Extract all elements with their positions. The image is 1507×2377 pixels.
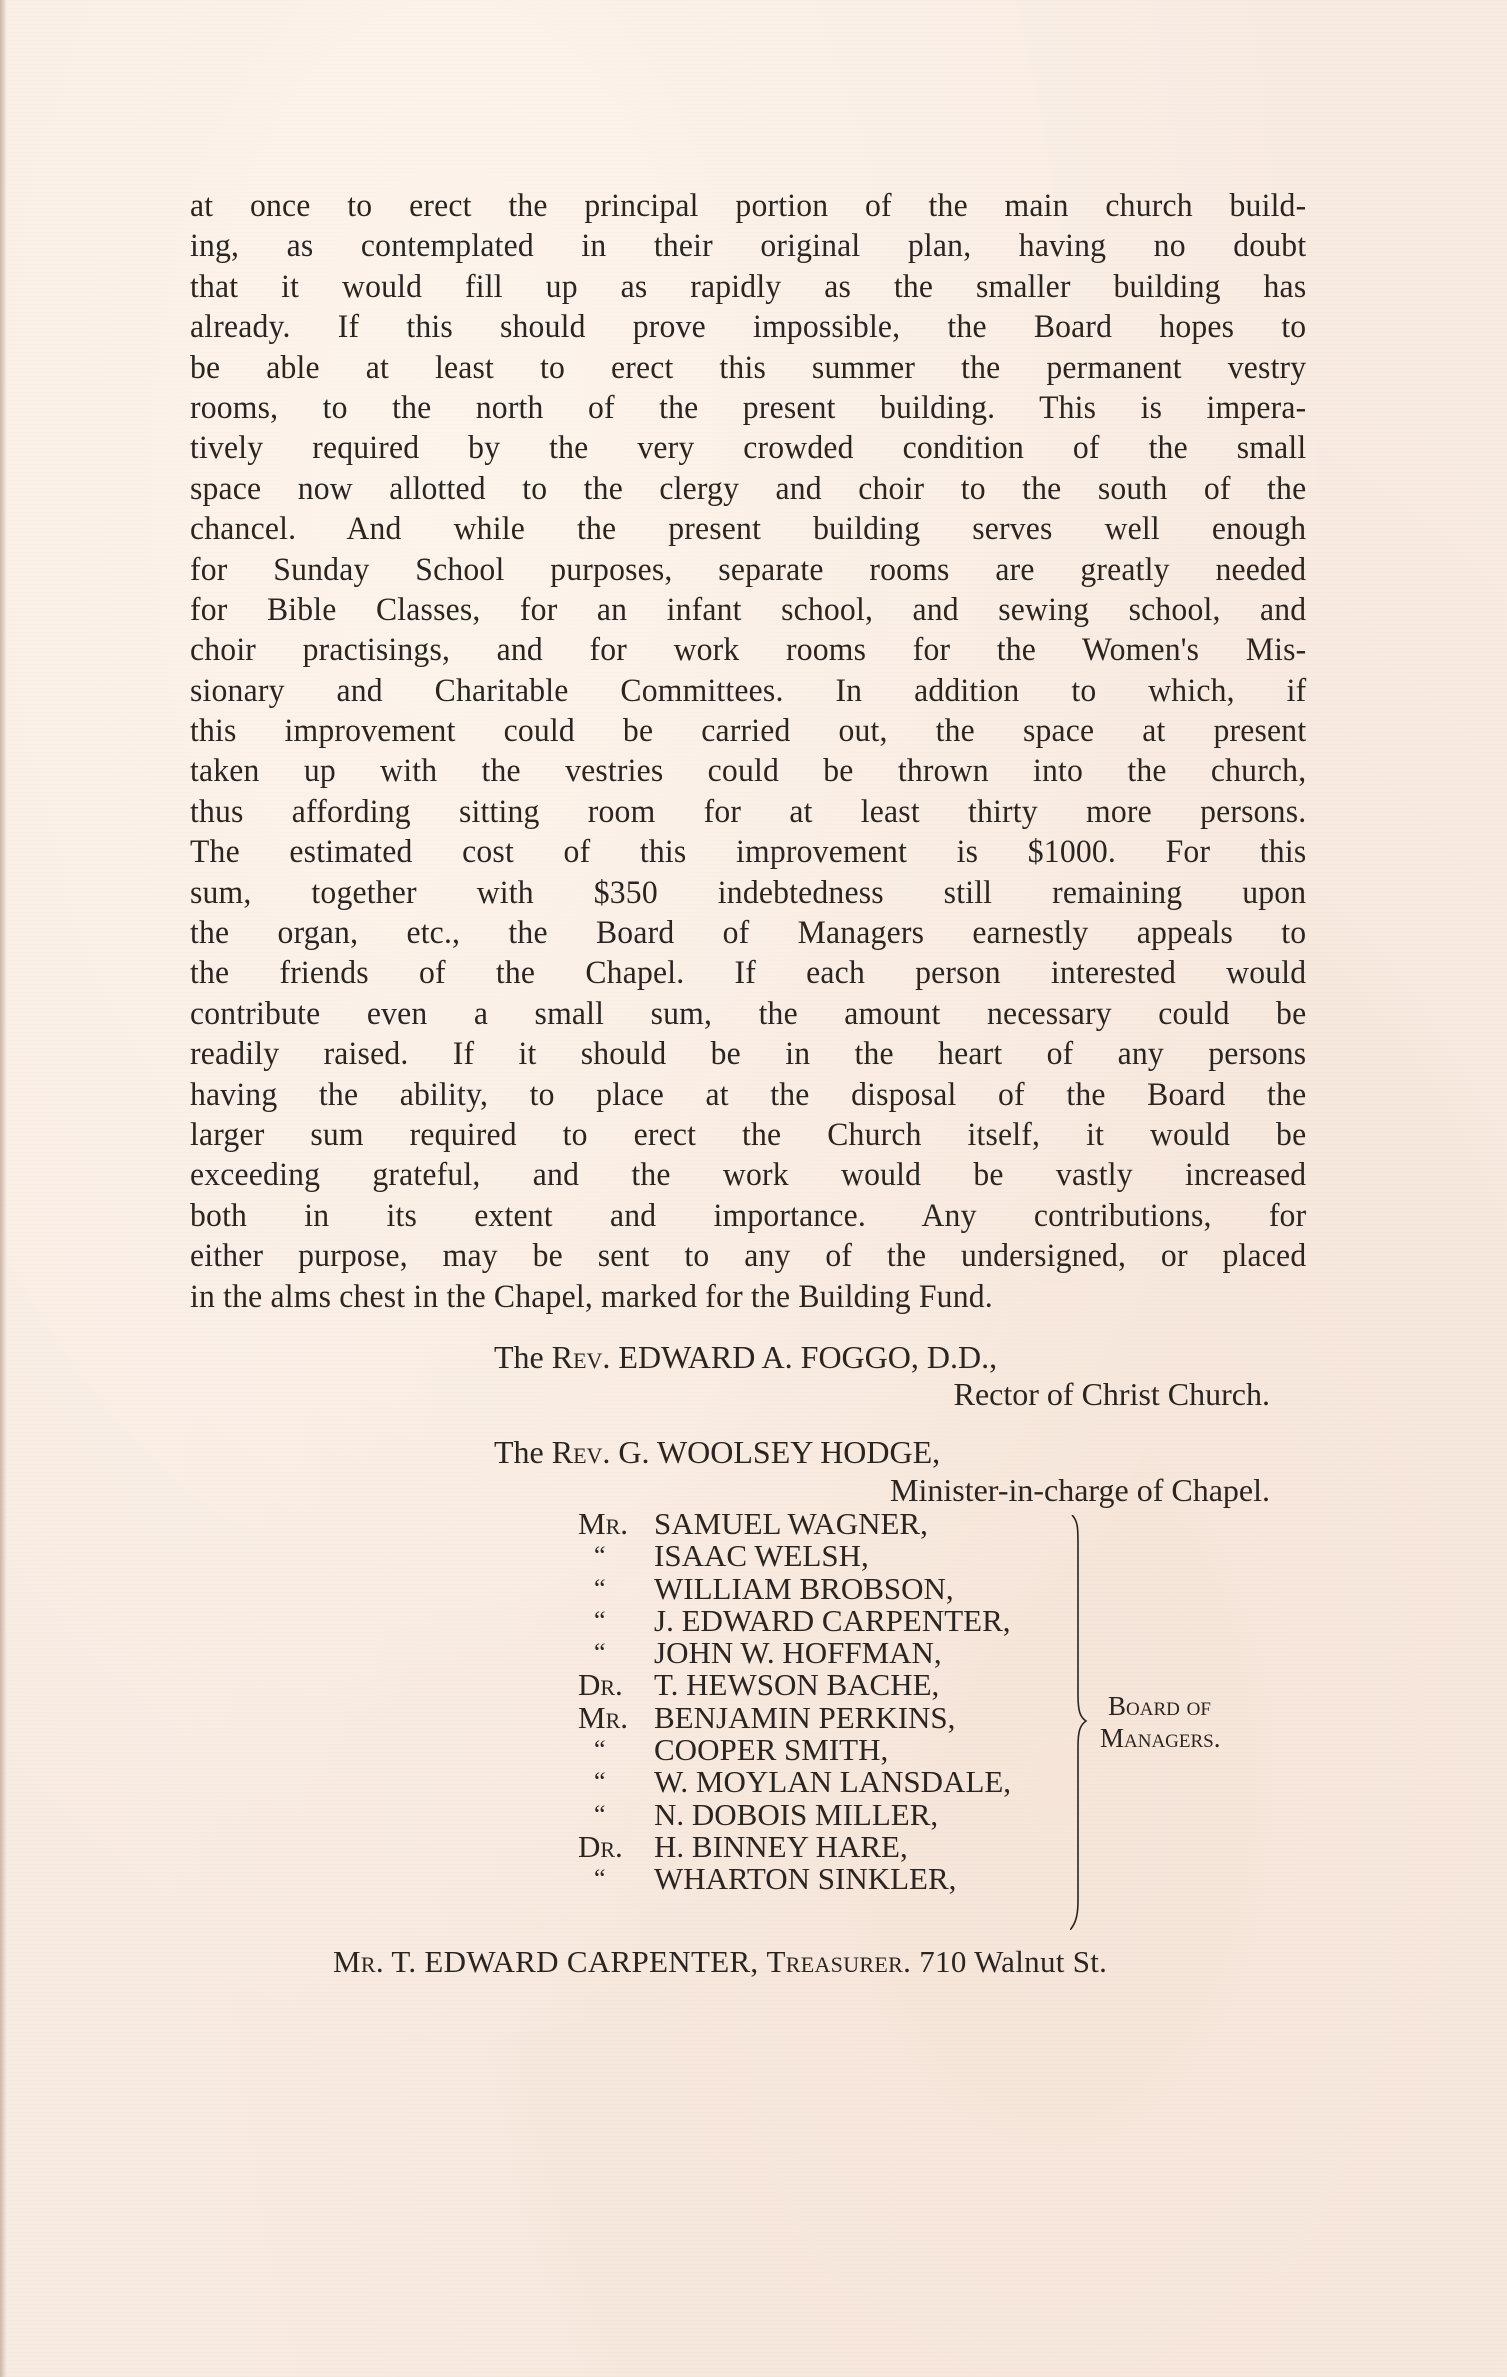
paragraph-line: be able at least to erect this summer th… bbox=[190, 348, 1306, 388]
ditto-mark: “ bbox=[578, 1799, 654, 1831]
signatory-honorific: Rev. bbox=[552, 1339, 611, 1375]
manager-name: WILLIAM BROBSON, bbox=[654, 1573, 954, 1605]
paragraph-line: sum, together with $350 indebtedness sti… bbox=[190, 873, 1306, 913]
manager-name: JOHN W. HOFFMAN, bbox=[654, 1637, 942, 1669]
paragraph-line: contribute even a small sum, the amount … bbox=[190, 994, 1306, 1034]
paragraph-line: in the alms chest in the Chapel, marked … bbox=[190, 1277, 1306, 1317]
paragraph-line: having the ability, to place at the disp… bbox=[190, 1075, 1306, 1115]
paragraph-line: for Bible Classes, for an infant school,… bbox=[190, 590, 1306, 630]
ditto-mark: “ bbox=[578, 1605, 654, 1637]
paragraph-line: rooms, to the north of the present build… bbox=[190, 388, 1306, 428]
manager-row: “J. EDWARD CARPENTER, bbox=[578, 1605, 1011, 1637]
paragraph-line: taken up with the vestries could be thro… bbox=[190, 751, 1306, 791]
board-of-managers-label: Board of Managers. bbox=[1100, 1690, 1221, 1754]
manager-row: Mr.BENJAMIN PERKINS, bbox=[578, 1702, 1011, 1734]
board-of-managers-list: Mr.SAMUEL WAGNER, “ISAAC WELSH, “WILLIAM… bbox=[578, 1508, 1011, 1896]
board-label-line1: Board of bbox=[1100, 1690, 1221, 1722]
manager-row: Mr.SAMUEL WAGNER, bbox=[578, 1508, 1011, 1540]
manager-row: Dr.H. BINNEY HARE, bbox=[578, 1831, 1011, 1863]
manager-row: “N. DOBOIS MILLER, bbox=[578, 1799, 1011, 1831]
paragraph-line: space now allotted to the clergy and cho… bbox=[190, 469, 1306, 509]
manager-prefix: Dr. bbox=[578, 1669, 654, 1701]
ditto-mark: “ bbox=[578, 1766, 654, 1798]
board-label-line2: Managers. bbox=[1100, 1722, 1221, 1754]
paragraph-line: exceeding grateful, and the work would b… bbox=[190, 1155, 1306, 1195]
paragraph-line: thus affording sitting room for at least… bbox=[190, 792, 1306, 832]
manager-name: BENJAMIN PERKINS, bbox=[654, 1702, 955, 1734]
curly-brace-icon bbox=[1070, 1515, 1096, 1930]
paragraph-line: tively required by the very crowded cond… bbox=[190, 428, 1306, 468]
manager-prefix: Mr. bbox=[578, 1702, 654, 1734]
paragraph-line: larger sum required to erect the Church … bbox=[190, 1115, 1306, 1155]
signatory-rector: The Rev. EDWARD A. FOGGO, D.D., bbox=[494, 1338, 997, 1376]
manager-name: N. DOBOIS MILLER, bbox=[654, 1799, 938, 1831]
paragraph-line: that it would fill up as rapidly as the … bbox=[190, 267, 1306, 307]
paragraph-line: this improvement could be carried out, t… bbox=[190, 711, 1306, 751]
manager-row: “COOPER SMITH, bbox=[578, 1734, 1011, 1766]
paragraph-line: already. If this should prove impossible… bbox=[190, 307, 1306, 347]
paragraph-line: for Sunday School purposes, separate roo… bbox=[190, 550, 1306, 590]
treasurer-role: Treasurer. bbox=[767, 1944, 912, 1979]
manager-row: Dr.T. HEWSON BACHE, bbox=[578, 1669, 1011, 1701]
signatory-prefix: The bbox=[494, 1434, 544, 1470]
signatory-name: EDWARD A. FOGGO, D.D., bbox=[618, 1339, 997, 1375]
signatory-minister: The Rev. G. WOOLSEY HODGE, bbox=[494, 1433, 940, 1471]
treasurer-line: Mr. T. EDWARD CARPENTER, Treasurer. 710 … bbox=[333, 1944, 1107, 1980]
ditto-mark: “ bbox=[578, 1637, 654, 1669]
signatory-minister-title: Minister-in-charge of Chapel. bbox=[890, 1472, 1270, 1509]
paragraph-line: sionary and Charitable Committees. In ad… bbox=[190, 671, 1306, 711]
ditto-mark: “ bbox=[578, 1573, 654, 1605]
signatory-name: G. WOOLSEY HODGE, bbox=[618, 1434, 940, 1470]
ditto-mark: “ bbox=[578, 1863, 654, 1895]
manager-name: H. BINNEY HARE, bbox=[654, 1831, 908, 1863]
paragraph-line: the organ, etc., the Board of Managers e… bbox=[190, 913, 1306, 953]
signatory-rector-title: Rector of Christ Church. bbox=[954, 1376, 1270, 1413]
paragraph-line: either purpose, may be sent to any of th… bbox=[190, 1236, 1306, 1276]
manager-row: “WILLIAM BROBSON, bbox=[578, 1573, 1011, 1605]
paragraph-line: the friends of the Chapel. If each perso… bbox=[190, 953, 1306, 993]
ditto-mark: “ bbox=[578, 1540, 654, 1572]
manager-name: T. HEWSON BACHE, bbox=[654, 1669, 939, 1701]
manager-name: WHARTON SINKLER, bbox=[654, 1863, 956, 1895]
treasurer-prefix: Mr. bbox=[333, 1944, 384, 1979]
manager-row: “JOHN W. HOFFMAN, bbox=[578, 1637, 1011, 1669]
manager-row: “WHARTON SINKLER, bbox=[578, 1863, 1011, 1895]
paragraph-line: chancel. And while the present building … bbox=[190, 509, 1306, 549]
manager-name: ISAAC WELSH, bbox=[654, 1540, 869, 1572]
page-binding-edge bbox=[0, 0, 7, 2377]
signatory-honorific: Rev. bbox=[552, 1434, 611, 1470]
manager-prefix: Dr. bbox=[578, 1831, 654, 1863]
paragraph-line: The estimated cost of this improvement i… bbox=[190, 832, 1306, 872]
ditto-mark: “ bbox=[578, 1734, 654, 1766]
paragraph-line: at once to erect the principal portion o… bbox=[190, 186, 1306, 226]
appeal-paragraph: at once to erect the principal portion o… bbox=[190, 186, 1306, 1317]
paragraph-line: choir practisings, and for work rooms fo… bbox=[190, 630, 1306, 670]
treasurer-name: T. EDWARD CARPENTER, bbox=[391, 1944, 758, 1979]
paragraph-line: both in its extent and importance. Any c… bbox=[190, 1196, 1306, 1236]
signatory-prefix: The bbox=[494, 1339, 544, 1375]
manager-name: W. MOYLAN LANSDALE, bbox=[654, 1766, 1011, 1798]
manager-name: COOPER SMITH, bbox=[654, 1734, 888, 1766]
manager-name: J. EDWARD CARPENTER, bbox=[654, 1605, 1011, 1637]
manager-name: SAMUEL WAGNER, bbox=[654, 1508, 928, 1540]
paragraph-line: ing, as contemplated in their original p… bbox=[190, 226, 1306, 266]
manager-row: “W. MOYLAN LANSDALE, bbox=[578, 1766, 1011, 1798]
manager-row: “ISAAC WELSH, bbox=[578, 1540, 1011, 1572]
manager-prefix: Mr. bbox=[578, 1508, 654, 1540]
treasurer-address: 710 Walnut St. bbox=[919, 1944, 1107, 1979]
paragraph-line: readily raised. If it should be in the h… bbox=[190, 1034, 1306, 1074]
